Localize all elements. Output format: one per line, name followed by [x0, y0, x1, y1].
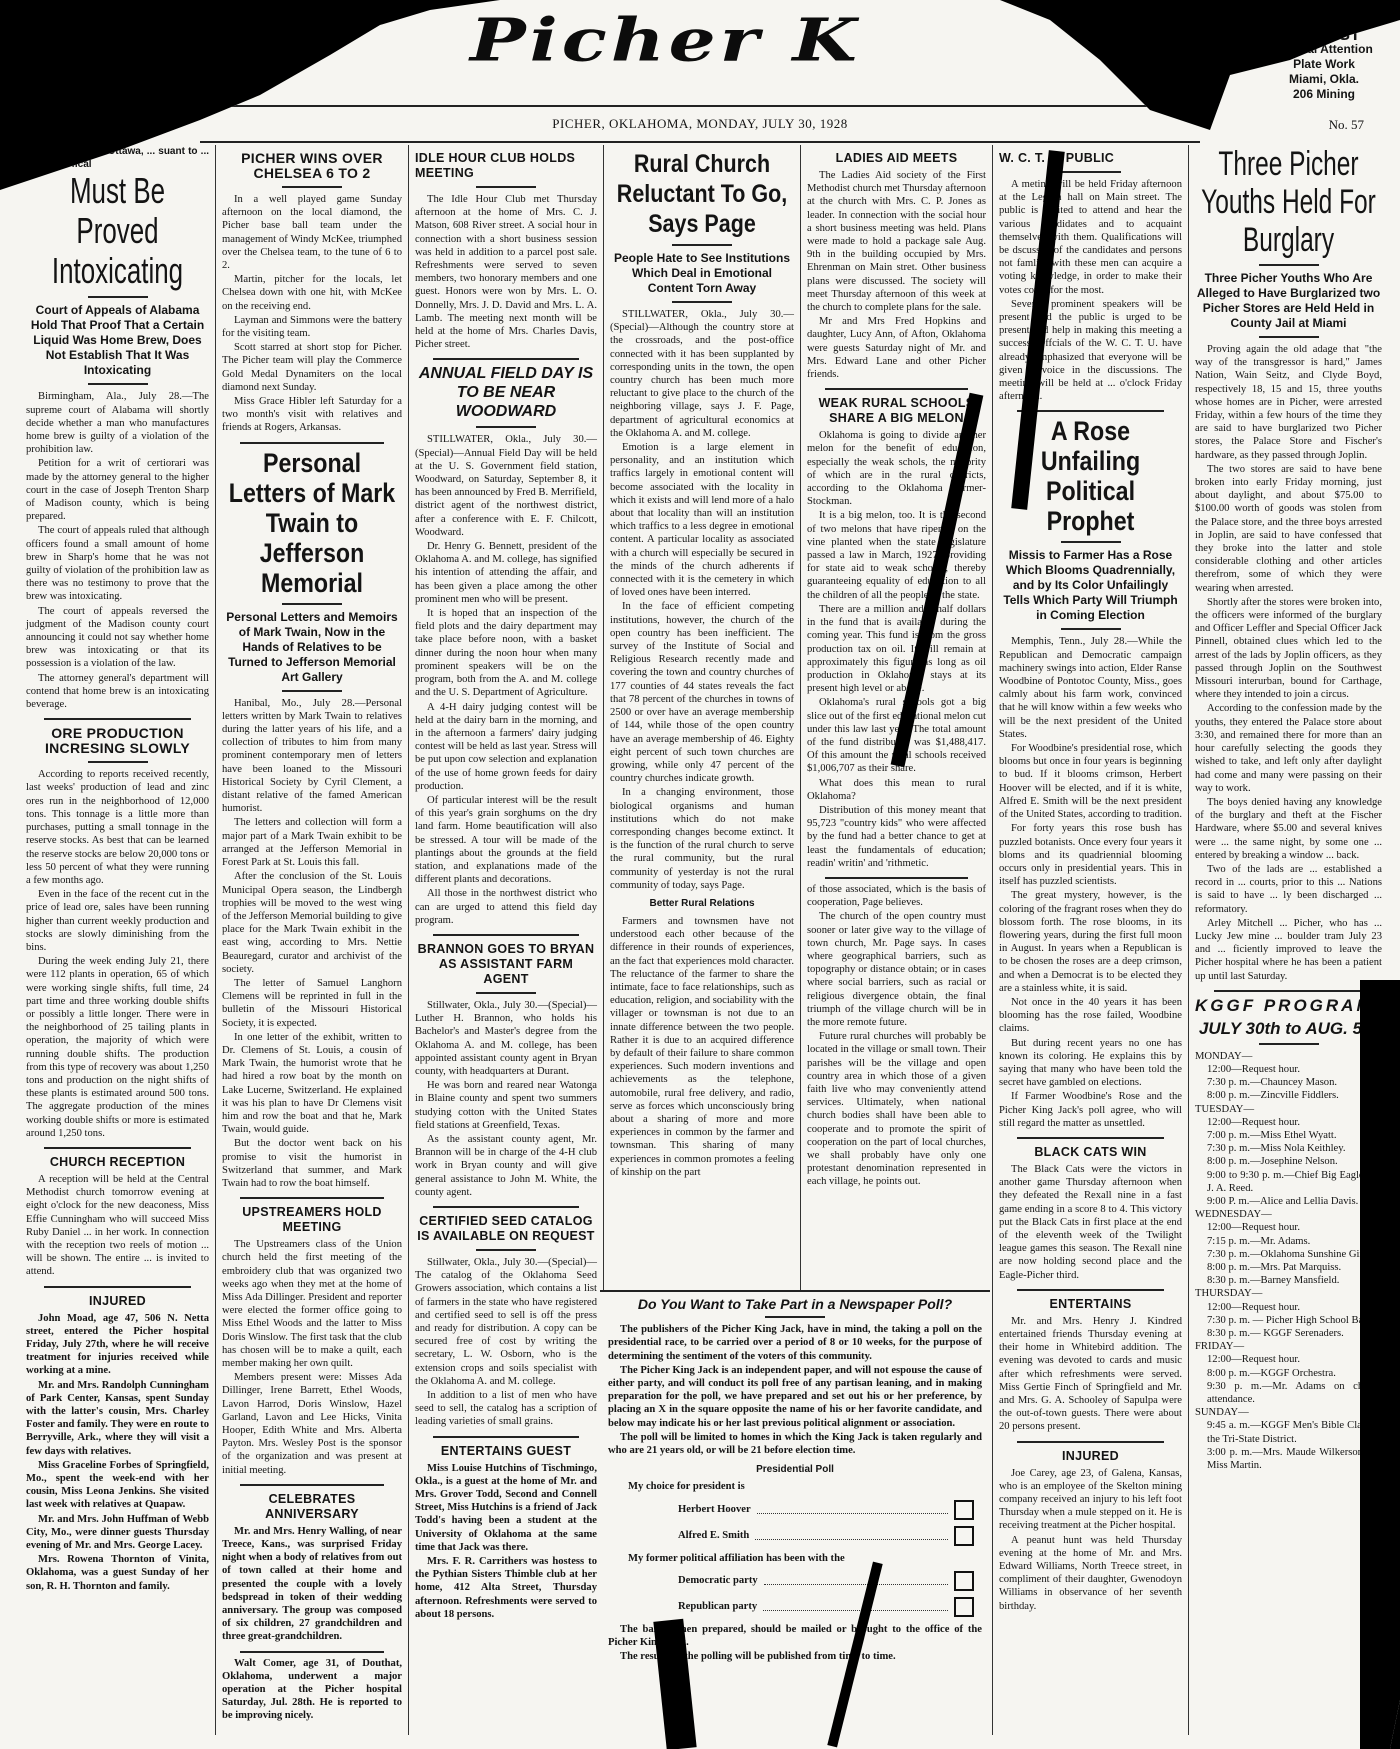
article-paragraph: Members present were: Misses Ada Dilling… — [222, 1371, 402, 1477]
divider — [1017, 1289, 1163, 1291]
article-paragraph: The letters and collection will form a m… — [222, 816, 402, 869]
divider — [240, 1651, 384, 1653]
deck-mark-twain: Personal Letters and Memoirs of Mark Twa… — [222, 610, 402, 685]
article-paragraph: But during recent years no one has known… — [999, 1037, 1182, 1090]
headline-picher-wins: PICHER WINS OVER CHELSEA 6 TO 2 — [222, 151, 402, 181]
article-paragraph: The poll will be limited to homes in whi… — [608, 1431, 982, 1457]
divider — [282, 603, 342, 605]
article-body: In a well played game Sunday afternoon o… — [222, 193, 402, 435]
headline-ore: ORE PRODUCTION INCRESING SLOWLY — [26, 726, 209, 756]
article-paragraph: All those in the northwest district who … — [415, 887, 597, 927]
divider — [1259, 1043, 1319, 1045]
schedule-item: 8:30 p. m.—Barney Mansfield. — [1195, 1274, 1382, 1287]
headline-ladies-aid: LADIES AID MEETS — [807, 151, 986, 166]
ad-dentist-title: DENTIST — [1258, 27, 1390, 42]
column-5: LADIES AID MEETS The Ladies Aid society … — [800, 145, 992, 1290]
divider — [1017, 410, 1163, 412]
headline-church-reception: CHURCH RECEPTION — [26, 1155, 209, 1170]
dotted-leader — [764, 1577, 948, 1585]
article-paragraph: In one letter of the exhibit, written to… — [222, 1031, 402, 1137]
newspaper-page: Picher K PICHER, OKLAHOMA, MONDAY, JULY … — [0, 0, 1400, 1749]
divider — [282, 186, 342, 188]
divider — [1259, 264, 1319, 266]
article-paragraph: Stillwater, Okla., July 30.—(Special)—Lu… — [415, 999, 597, 1078]
article-paragraph: Of particular interest will be the resul… — [415, 794, 597, 886]
schedule-item: 7:00 p. m.—Miss Ethel Wyatt. — [1195, 1129, 1382, 1142]
article-paragraph: Mr. and Mrs. Randolph Cunningham of Park… — [26, 1379, 209, 1458]
article-paragraph: Mrs. Rowena Thornton of Vinita, Oklahoma… — [26, 1553, 209, 1593]
article-paragraph: Shortly after the stores were broken int… — [1195, 596, 1382, 702]
article-text: Farmers and townsmen have not understood… — [610, 915, 794, 1179]
article-text: Arley Mitchell ... Picher, who has ... L… — [1195, 917, 1382, 983]
personals: Mr. and Mrs. Randolph Cunningham of Park… — [26, 1379, 209, 1593]
headline-rural-church: Rural Church Reluctant To Go, Says Page — [613, 149, 792, 239]
deck-intoxicating: Court of Appeals of Alabama Hold That Pr… — [26, 303, 209, 378]
article-paragraph: As the assistant county agent, Mr. Brann… — [415, 1133, 597, 1199]
article-paragraph: Two of the lads are ... established a re… — [1195, 863, 1382, 916]
article-paragraph: Miss Grace Hibler left Saturday for a tw… — [222, 395, 402, 435]
article-body: Joe Carey, age 23, of Galena, Kansas, wh… — [999, 1467, 1182, 1613]
ballot-row-democratic: Democratic party — [678, 1571, 982, 1591]
subhead-better-relations: Better Rural Relations — [610, 896, 794, 911]
headline-idle-hour: IDLE HOUR CLUB HOLDS MEETING — [415, 151, 597, 181]
ad-dentist: TAYLOR DENTIST Special Attention Plate W… — [1258, 12, 1390, 102]
divider — [44, 1147, 190, 1149]
article-paragraph: It is hoped that an inspection of the fi… — [415, 607, 597, 699]
article-body: Stillwater, Okla., July 30.—(Special)—Lu… — [415, 999, 597, 1199]
divider — [476, 186, 536, 188]
affiliation-label: My former political affiliation has been… — [628, 1552, 982, 1565]
article-paragraph: The court of appeals ruled that although… — [26, 524, 209, 603]
divider — [433, 1206, 579, 1208]
article-paragraph: In the face of efficient competing insti… — [610, 600, 794, 785]
article-paragraph: If Farmer Woodbine's Rose and the Picher… — [999, 1090, 1182, 1130]
party-name: Republican party — [678, 1600, 757, 1613]
schedule-day: SUNDAY— — [1195, 1406, 1382, 1419]
article-paragraph: A 4-H dairy judging contest will be held… — [415, 701, 597, 793]
candidate-name: Herbert Hoover — [678, 1503, 751, 1516]
article-paragraph: For Woodbine's presidential rose, which … — [999, 742, 1182, 821]
article-body: According to reports received recently, … — [26, 768, 209, 1140]
article-text: The Black Cats were the victors in anoth… — [999, 1163, 1182, 1282]
column-6: W. C. T. U. PUBLIC A meting will be held… — [992, 145, 1188, 1735]
article-paragraph: STILLWATER, Okla., July 30.—(Special)—An… — [415, 433, 597, 539]
headline-anniversary: CELEBRATES ANNIVERSARY — [222, 1492, 402, 1522]
article-paragraph: It is a big melon, too. It is the second… — [807, 509, 986, 601]
deck-rose-prophet: Missis to Farmer Has a Rose Which Blooms… — [999, 548, 1182, 623]
headline-injured-2: INJURED — [999, 1449, 1182, 1464]
schedule-item: 8:30 p. m.— KGGF Serenaders. — [1195, 1327, 1382, 1340]
divider — [88, 383, 148, 385]
divider — [672, 244, 732, 246]
column-4: Rural Church Reluctant To Go, Says Page … — [603, 145, 800, 1290]
article-paragraph: STILLWATER, Okla., July 30.—(Special)—Al… — [610, 308, 794, 440]
article-paragraph: During the week ending July 21, there we… — [26, 955, 209, 1140]
divider — [44, 718, 190, 720]
kggf-subtitle: JULY 30th to AUG. 5th — [1195, 1019, 1382, 1038]
schedule-item: 9:00 to 9:30 p. m.—Chief Big Eagle and J… — [1195, 1169, 1382, 1195]
schedule-day: THURSDAY— — [1195, 1287, 1382, 1300]
article-paragraph: A meting will be held Friday afternoon a… — [999, 178, 1182, 297]
schedule-item: 9:45 a. m.—KGGF Men's Bible Class of the… — [1195, 1419, 1382, 1445]
column-1: Begins ... At a ... Ottawa, ... suant to… — [20, 145, 215, 1735]
article-paragraph: Memphis, Tenn., July 28.—While the Repub… — [999, 635, 1182, 741]
divider — [1061, 541, 1121, 543]
headline-burglary: Three Picher Youths Held For Burglary — [1200, 145, 1378, 259]
poll-title: Do You Want to Take Part in a Newspaper … — [608, 1298, 982, 1311]
divider — [433, 1436, 579, 1438]
article-paragraph: The attorney general's department will c… — [26, 672, 209, 712]
headline-field-day: ANNUAL FIELD DAY IS TO BE NEAR WOODWARD — [415, 364, 597, 421]
kggf-schedule: MONDAY—12:00—Request hour.7:30 p. m.—Cha… — [1195, 1050, 1382, 1473]
headline-wctu: W. C. T. U. PUBLIC — [999, 151, 1182, 166]
kggf-title: KGGF PROGRAM — [1195, 996, 1382, 1015]
article-paragraph: The letter of Samuel Langhorn Clemens wi… — [222, 977, 402, 1030]
deck-burglary: Three Picher Youths Who Are Alleged to H… — [1195, 271, 1382, 331]
article-paragraph: For forty years this rose bush has puzzl… — [999, 822, 1182, 888]
divider — [476, 426, 536, 428]
article-paragraph: Mr. and Mrs. John Huffman of Webb City, … — [26, 1513, 209, 1553]
schedule-item: 12:00—Request hour. — [1195, 1063, 1382, 1076]
article-paragraph: The boys denied having any knowledge of … — [1195, 796, 1382, 862]
schedule-item: 12:00—Request hour. — [1195, 1221, 1382, 1234]
article-paragraph: According to reports received recently, … — [26, 768, 209, 887]
ad-dentist-name: TAYLOR — [1258, 12, 1390, 27]
article-paragraph: Mrs. F. R. Carrithers was hostess to the… — [415, 1555, 597, 1621]
article-text: Walt Comer, age 31, of Douthat, Oklahoma… — [222, 1657, 402, 1723]
ballot-row-hoover: Herbert Hoover — [678, 1500, 982, 1520]
issue-number: No. 57 — [1329, 117, 1364, 133]
article-paragraph: The Ladies Aid society of the First Meth… — [807, 169, 986, 314]
ad-dentist-line: Special Attention — [1258, 42, 1390, 57]
article-paragraph: Petition for a writ of certiorari was ma… — [26, 457, 209, 523]
article-paragraph: Scott starred at short stop for Picher. … — [222, 341, 402, 394]
divider — [1017, 1441, 1163, 1443]
article-paragraph: In a well played game Sunday afternoon o… — [222, 193, 402, 272]
divider — [476, 992, 536, 994]
dotted-leader — [757, 1506, 948, 1514]
divider — [1259, 336, 1319, 338]
article-paragraph: In addition to a list of men who have se… — [415, 1389, 597, 1429]
article-paragraph: Miss Graceline Forbes of Springfield, Mo… — [26, 1459, 209, 1512]
article-paragraph: Mr and Mrs Fred Hopkins and daughter, Lu… — [807, 315, 986, 381]
masthead-title: Picher K — [470, 6, 990, 70]
divider — [88, 296, 148, 298]
headline-upstreamers: UPSTREAMERS HOLD MEETING — [222, 1205, 402, 1235]
fragment-text: Begins ... At a ... Ottawa, ... suant to… — [26, 145, 209, 171]
ad-dentist-line: Plate Work — [1258, 57, 1390, 72]
article-body: The Ladies Aid society of the First Meth… — [807, 169, 986, 381]
divider — [240, 442, 384, 444]
article-paragraph: The great mystery, however, is the color… — [999, 889, 1182, 995]
divider — [433, 358, 579, 360]
schedule-item: 8:00 p. m.—Zincville Fiddlers. — [1195, 1089, 1382, 1102]
article-body: Memphis, Tenn., July 28.—While the Repub… — [999, 635, 1182, 1130]
divider — [240, 1197, 384, 1199]
article-paragraph: After the conclusion of the St. Louis Mu… — [222, 870, 402, 976]
article-paragraph: Future rural churches will probably be l… — [807, 1030, 986, 1188]
headline-weak-schools: WEAK RURAL SCHOOLS SHARE A BIG MELON — [807, 396, 986, 426]
divider — [1017, 1137, 1163, 1139]
schedule-item: 3:00 p. m.—Mrs. Maude Wilkerson and Miss… — [1195, 1446, 1382, 1472]
headline-seed-catalog: CERTIFIED SEED CATALOG IS AVAILABLE ON R… — [415, 1214, 597, 1244]
article-paragraph: The Upstreamers class of the Union churc… — [222, 1238, 402, 1370]
article-text: The Idle Hour Club met Thursday afternoo… — [415, 193, 597, 351]
divider — [433, 934, 579, 936]
article-paragraph: In a changing environment, those biologi… — [610, 786, 794, 892]
divider — [240, 1484, 384, 1486]
ballot-checkbox[interactable] — [954, 1526, 974, 1546]
headline-brannon: BRANNON GOES TO BRYAN AS ASSISTANT FARM … — [415, 942, 597, 987]
schedule-item: 9:30 p. m.—Mr. Adams on church attendanc… — [1195, 1380, 1382, 1406]
divider — [1214, 990, 1364, 992]
article-paragraph: Layman and Simmons were the battery for … — [222, 314, 402, 340]
article-paragraph: According to the confession made by the … — [1195, 702, 1382, 794]
article-text: John Moad, age 47, 506 N. Netta street, … — [26, 1312, 209, 1378]
schedule-item: 7:30 p. m.—Chauncey Mason. — [1195, 1076, 1382, 1089]
divider — [825, 877, 968, 879]
schedule-item: 12:00—Request hour. — [1195, 1353, 1382, 1366]
article-text: Mr. and Mrs. Henry Walling, of near Tree… — [222, 1525, 402, 1644]
divider — [282, 690, 342, 692]
divider — [1061, 171, 1121, 173]
ballot-title: Presidential Poll — [608, 1463, 982, 1476]
article-text: Mr. and Mrs. Henry J. Kindred entertaine… — [999, 1315, 1182, 1434]
dateline: PICHER, OKLAHOMA, MONDAY, JULY 30, 1928 — [200, 105, 1200, 143]
headline-intoxicating: Must Be Proved Intoxicating — [30, 171, 205, 291]
article-paragraph: Stillwater, Okla., July 30.—(Special)—Th… — [415, 1256, 597, 1388]
ballot-row-republican: Republican party — [678, 1597, 982, 1617]
schedule-item: 9:00 P. m.—Alice and Lellia Davis. — [1195, 1195, 1382, 1208]
article-body: STILLWATER, Okla., July 30.—(Special)—Al… — [610, 308, 794, 892]
ad-dentist-line: 206 Mining — [1258, 87, 1390, 102]
divider — [44, 1286, 190, 1288]
schedule-day: MONDAY— — [1195, 1050, 1382, 1063]
article-paragraph: A peanut hunt was held Thursday evening … — [999, 1534, 1182, 1613]
divider — [476, 1249, 536, 1251]
article-text: A reception will be held at the Central … — [26, 1173, 209, 1279]
candidate-name: Alfred E. Smith — [678, 1529, 749, 1542]
dotted-leader — [755, 1532, 948, 1540]
schedule-day: WEDNESDAY— — [1195, 1208, 1382, 1221]
divider — [765, 1316, 825, 1318]
article-paragraph: Not once in the 40 years it has been blo… — [999, 996, 1182, 1036]
article-paragraph: Joe Carey, age 23, of Galena, Kansas, wh… — [999, 1467, 1182, 1533]
schedule-item: 12:00—Request hour. — [1195, 1116, 1382, 1129]
divider — [672, 301, 732, 303]
article-paragraph: Distribution of this money meant that 95… — [807, 804, 986, 870]
article-paragraph: The two stores are said to have bene bro… — [1195, 463, 1382, 595]
schedule-item: 7:15 p. m.—Mr. Adams. — [1195, 1235, 1382, 1248]
dateline-text: PICHER, OKLAHOMA, MONDAY, JULY 30, 1928 — [552, 116, 847, 132]
article-paragraph: What does this mean to rural Oklahoma? — [807, 777, 986, 803]
divider — [825, 388, 968, 390]
article-paragraph: Emotion is a large element in personalit… — [610, 441, 794, 599]
article-body: Hanibal, Mo., July 28.—Personal letters … — [222, 697, 402, 1191]
article-paragraph: Martin, pitcher for the locals, let Chel… — [222, 273, 402, 313]
article-paragraph: The church of the open country must soon… — [807, 910, 986, 1029]
schedule-day: FRIDAY— — [1195, 1340, 1382, 1353]
choice-label: My choice for president is — [628, 1480, 982, 1493]
article-paragraph: But the doctor went back on his promise … — [222, 1137, 402, 1190]
ad-dentist-line: Miami, Okla. — [1258, 72, 1390, 87]
article-body: The church of the open country must soon… — [807, 910, 986, 1188]
poll-body: The publishers of the Picher King Jack, … — [608, 1323, 982, 1457]
article-paragraph: Proving again the old adage that "the wa… — [1195, 343, 1382, 462]
schedule-item: 8:00 p. m.—Mrs. Pat Marquiss. — [1195, 1261, 1382, 1274]
schedule-item: 7:30 p. m.—Oklahoma Sunshine Girl. — [1195, 1248, 1382, 1261]
article-body: Stillwater, Okla., July 30.—(Special)—Th… — [415, 1256, 597, 1429]
dotted-leader — [763, 1603, 948, 1611]
article-paragraph: He was born and reared near Watonga in B… — [415, 1079, 597, 1132]
article-body: The Upstreamers class of the Union churc… — [222, 1238, 402, 1477]
article-body: STILLWATER, Okla., July 30.—(Special)—An… — [415, 433, 597, 927]
headline-entertains: ENTERTAINS — [999, 1297, 1182, 1312]
article-body: Miss Louise Hutchins of Tischmingo, Okla… — [415, 1462, 597, 1621]
ballot-row-smith: Alfred E. Smith — [678, 1526, 982, 1546]
headline-mark-twain: Personal Letters of Mark Twain to Jeffer… — [224, 448, 399, 598]
schedule-item: 8:00 p. m.—Josephine Nelson. — [1195, 1155, 1382, 1168]
divider — [88, 761, 148, 763]
column-7: Three Picher Youths Held For Burglary Th… — [1188, 145, 1388, 1735]
schedule-item: 8:00 p. m.—KGGF Orchestra. — [1195, 1367, 1382, 1380]
column-3: IDLE HOUR CLUB HOLDS MEETING The Idle Ho… — [408, 145, 603, 1735]
article-paragraph: The Picher King Jack is an independent p… — [608, 1364, 982, 1430]
party-name: Democratic party — [678, 1574, 758, 1587]
page-tear — [1360, 980, 1400, 1749]
headline-black-cats: BLACK CATS WIN — [999, 1145, 1182, 1160]
ballot-checkbox[interactable] — [954, 1500, 974, 1520]
schedule-item: 7:30 p. m. — Picher High School Band. — [1195, 1314, 1382, 1327]
article-body: Proving again the old adage that "the wa… — [1195, 343, 1382, 916]
headline-injured: INJURED — [26, 1294, 209, 1309]
schedule-item: 12:00—Request hour. — [1195, 1301, 1382, 1314]
ballot-checkbox[interactable] — [954, 1571, 974, 1591]
column-2: PICHER WINS OVER CHELSEA 6 TO 2 In a wel… — [215, 145, 408, 1735]
article-paragraph: Hanibal, Mo., July 28.—Personal letters … — [222, 697, 402, 816]
ballot-checkbox[interactable] — [954, 1597, 974, 1617]
deck-rural-church: People Hate to See Institutions Which De… — [610, 251, 794, 296]
article-paragraph: The publishers of the Picher King Jack, … — [608, 1323, 982, 1363]
article-paragraph: Dr. Henry G. Bennett, president of the O… — [415, 540, 597, 606]
divider — [1061, 628, 1121, 630]
article-paragraph: The court of appeals reversed the judgme… — [26, 605, 209, 671]
article-paragraph: There are a million and a half dollars i… — [807, 603, 986, 695]
article-paragraph: Even in the face of the recent cut in th… — [26, 888, 209, 954]
article-body: Birmingham, Ala., July 28.—The supreme c… — [26, 390, 209, 711]
article-paragraph: Miss Louise Hutchins of Tischmingo, Okla… — [415, 1462, 597, 1554]
headline-entertains-guest: ENTERTAINS GUEST — [415, 1444, 597, 1459]
article-text: of those associated, which is the basis … — [807, 883, 986, 909]
schedule-day: TUESDAY— — [1195, 1103, 1382, 1116]
schedule-item: 7:30 p. m.—Miss Nola Keithley. — [1195, 1142, 1382, 1155]
article-paragraph: Birmingham, Ala., July 28.—The supreme c… — [26, 390, 209, 456]
